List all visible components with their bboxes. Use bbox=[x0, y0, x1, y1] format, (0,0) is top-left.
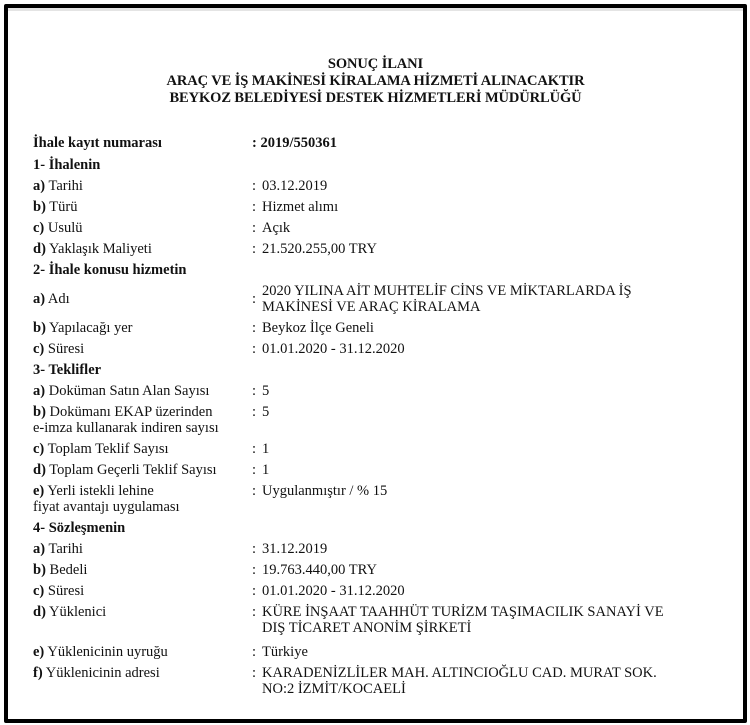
field-letter: d) bbox=[33, 604, 46, 620]
field-colon: : bbox=[252, 562, 262, 578]
field-value: 01.01.2020 - 31.12.2020 bbox=[262, 341, 405, 357]
field-row: c) Süresi :01.01.2020 - 31.12.2020 bbox=[33, 583, 733, 604]
field-label: Adı bbox=[48, 291, 70, 307]
field-label: Bedeli bbox=[50, 562, 88, 578]
field-colon: : bbox=[252, 462, 262, 478]
field-label: Doküman Satın Alan Sayısı bbox=[49, 383, 210, 399]
field-colon: : bbox=[252, 644, 262, 660]
field-row: a) Tarihi :31.12.2019 bbox=[33, 541, 733, 562]
field-colon: : bbox=[252, 220, 262, 236]
field-letter: d) bbox=[33, 462, 46, 478]
field-letter: c) bbox=[33, 341, 44, 357]
field-letter: a) bbox=[33, 383, 45, 399]
registry-row: İhale kayıt numarası : 2019/550361 bbox=[33, 135, 733, 157]
field-colon: : bbox=[252, 583, 262, 599]
field-value-line: MAKİNESİ VE ARAÇ KİRALAMA bbox=[262, 299, 632, 315]
section-title: 1- İhalenin bbox=[33, 157, 733, 178]
field-colon: : bbox=[252, 483, 262, 499]
field-colon: : bbox=[252, 604, 262, 636]
field-value: 1 bbox=[262, 462, 269, 478]
field-label: Usulü bbox=[48, 220, 83, 236]
top-rule bbox=[8, 8, 743, 11]
registry-label: İhale kayıt numarası bbox=[33, 135, 252, 151]
field-label: Toplam Teklif Sayısı bbox=[48, 441, 169, 457]
field-label: Yaklaşık Maliyeti bbox=[49, 241, 152, 257]
field-row: c) Usulü :Açık bbox=[33, 220, 733, 241]
field-value: 21.520.255,00 TRY bbox=[262, 241, 377, 257]
header-title: SONUÇ İLANI bbox=[8, 56, 743, 73]
field-value-line: DIŞ TİCARET ANONİM ŞİRKETİ bbox=[262, 620, 664, 636]
field-row: d) Yaklaşık Maliyeti :21.520.255,00 TRY bbox=[33, 241, 733, 262]
registry-value: : 2019/550361 bbox=[252, 135, 733, 151]
field-letter: b) bbox=[33, 320, 46, 336]
field-colon: : bbox=[252, 199, 262, 215]
field-label: Süresi bbox=[48, 583, 84, 599]
field-letter: b) bbox=[33, 562, 46, 578]
field-value: 01.01.2020 - 31.12.2020 bbox=[262, 583, 405, 599]
field-row: a) Doküman Satın Alan Sayısı :5 bbox=[33, 383, 733, 404]
field-row: d) Yüklenici : KÜRE İNŞAAT TAAHHÜT TURİZ… bbox=[33, 604, 733, 644]
field-row: a) Adı : 2020 YILINA AİT MUHTELİF CİNS V… bbox=[33, 283, 733, 320]
field-value-line: NO:2 İZMİT/KOCAELİ bbox=[262, 681, 657, 697]
field-value: Hizmet alımı bbox=[262, 199, 338, 215]
field-value: 5 bbox=[262, 383, 269, 399]
field-row: e) Yüklenicinin uyruğu :Türkiye bbox=[33, 644, 733, 665]
section-title: 4- Sözleşmenin bbox=[33, 520, 733, 541]
field-colon: : bbox=[252, 241, 262, 257]
field-letter: b) bbox=[33, 199, 46, 215]
field-value: 5 bbox=[262, 404, 269, 420]
field-label: Süresi bbox=[48, 341, 84, 357]
field-label: Türü bbox=[49, 199, 77, 215]
field-label: Tarihi bbox=[48, 541, 82, 557]
field-letter: a) bbox=[33, 541, 45, 557]
document-body: İhale kayıt numarası : 2019/550361 1- İh… bbox=[33, 135, 733, 702]
field-label-line2: fiyat avantajı uygulaması bbox=[33, 499, 252, 515]
section-title: 2- İhale konusu hizmetin bbox=[33, 262, 733, 283]
field-letter: b) bbox=[33, 404, 46, 420]
field-row: b) Yapılacağı yer :Beykoz İlçe Geneli bbox=[33, 320, 733, 341]
field-colon: : bbox=[252, 441, 262, 457]
field-row: b) Dokümanı EKAP üzerinden e-imza kullan… bbox=[33, 404, 733, 441]
field-value: Uygulanmıştır / % 15 bbox=[262, 483, 387, 499]
field-label: Toplam Geçerli Teklif Sayısı bbox=[49, 462, 216, 478]
field-value: 31.12.2019 bbox=[262, 541, 327, 557]
field-letter: a) bbox=[33, 291, 45, 307]
field-row: d) Toplam Geçerli Teklif Sayısı :1 bbox=[33, 462, 733, 483]
field-value: Açık bbox=[262, 220, 290, 236]
field-colon: : bbox=[252, 541, 262, 557]
field-value: 19.763.440,00 TRY bbox=[262, 562, 377, 578]
field-label: Dokümanı EKAP üzerinden bbox=[50, 404, 213, 420]
field-label: Yüklenicinin uyruğu bbox=[47, 644, 167, 660]
header-subject: ARAÇ VE İŞ MAKİNESİ KİRALAMA HİZMETİ ALI… bbox=[8, 73, 743, 90]
section-title: 3- Teklifler bbox=[33, 362, 733, 383]
field-row: b) Bedeli :19.763.440,00 TRY bbox=[33, 562, 733, 583]
field-colon: : bbox=[252, 320, 262, 336]
field-row: e) Yerli istekli lehine fiyat avantajı u… bbox=[33, 483, 733, 520]
field-label: Yüklenicinin adresi bbox=[46, 665, 160, 681]
field-row: b) Türü :Hizmet alımı bbox=[33, 199, 733, 220]
field-value-line: 2020 YILINA AİT MUHTELİF CİNS VE MİKTARL… bbox=[262, 283, 632, 299]
field-colon: : bbox=[252, 404, 262, 420]
field-letter: c) bbox=[33, 220, 44, 236]
field-row: f) Yüklenicinin adresi : KARADENİZLİLER … bbox=[33, 665, 733, 702]
field-row: a) Tarihi :03.12.2019 bbox=[33, 178, 733, 199]
field-letter: a) bbox=[33, 178, 45, 194]
field-colon: : bbox=[252, 178, 262, 194]
field-letter: e) bbox=[33, 483, 44, 499]
field-value: 1 bbox=[262, 441, 269, 457]
field-label-line2: e-imza kullanarak indiren sayısı bbox=[33, 420, 252, 436]
field-colon: : bbox=[252, 283, 262, 315]
field-letter: c) bbox=[33, 583, 44, 599]
field-value-line: KARADENİZLİLER MAH. ALTINCIOĞLU CAD. MUR… bbox=[262, 665, 657, 681]
field-letter: f) bbox=[33, 665, 43, 681]
field-letter: e) bbox=[33, 644, 44, 660]
field-colon: : bbox=[252, 383, 262, 399]
header-institution: BEYKOZ BELEDİYESİ DESTEK HİZMETLERİ MÜDÜ… bbox=[8, 90, 743, 107]
field-label: Yapılacağı yer bbox=[49, 320, 133, 336]
field-label: Yerli istekli lehine bbox=[47, 483, 153, 499]
field-value: 03.12.2019 bbox=[262, 178, 327, 194]
document-frame: SONUÇ İLANI ARAÇ VE İŞ MAKİNESİ KİRALAMA… bbox=[4, 4, 747, 723]
document-header: SONUÇ İLANI ARAÇ VE İŞ MAKİNESİ KİRALAMA… bbox=[8, 56, 743, 107]
field-value: Beykoz İlçe Geneli bbox=[262, 320, 374, 336]
field-letter: d) bbox=[33, 241, 46, 257]
field-label: Yüklenici bbox=[49, 604, 106, 620]
field-label: Tarihi bbox=[48, 178, 82, 194]
field-value-line: KÜRE İNŞAAT TAAHHÜT TURİZM TAŞIMACILIK S… bbox=[262, 604, 664, 620]
field-value: Türkiye bbox=[262, 644, 308, 660]
field-colon: : bbox=[252, 665, 262, 697]
field-letter: c) bbox=[33, 441, 44, 457]
field-row: c) Toplam Teklif Sayısı :1 bbox=[33, 441, 733, 462]
field-colon: : bbox=[252, 341, 262, 357]
field-row: c) Süresi :01.01.2020 - 31.12.2020 bbox=[33, 341, 733, 362]
